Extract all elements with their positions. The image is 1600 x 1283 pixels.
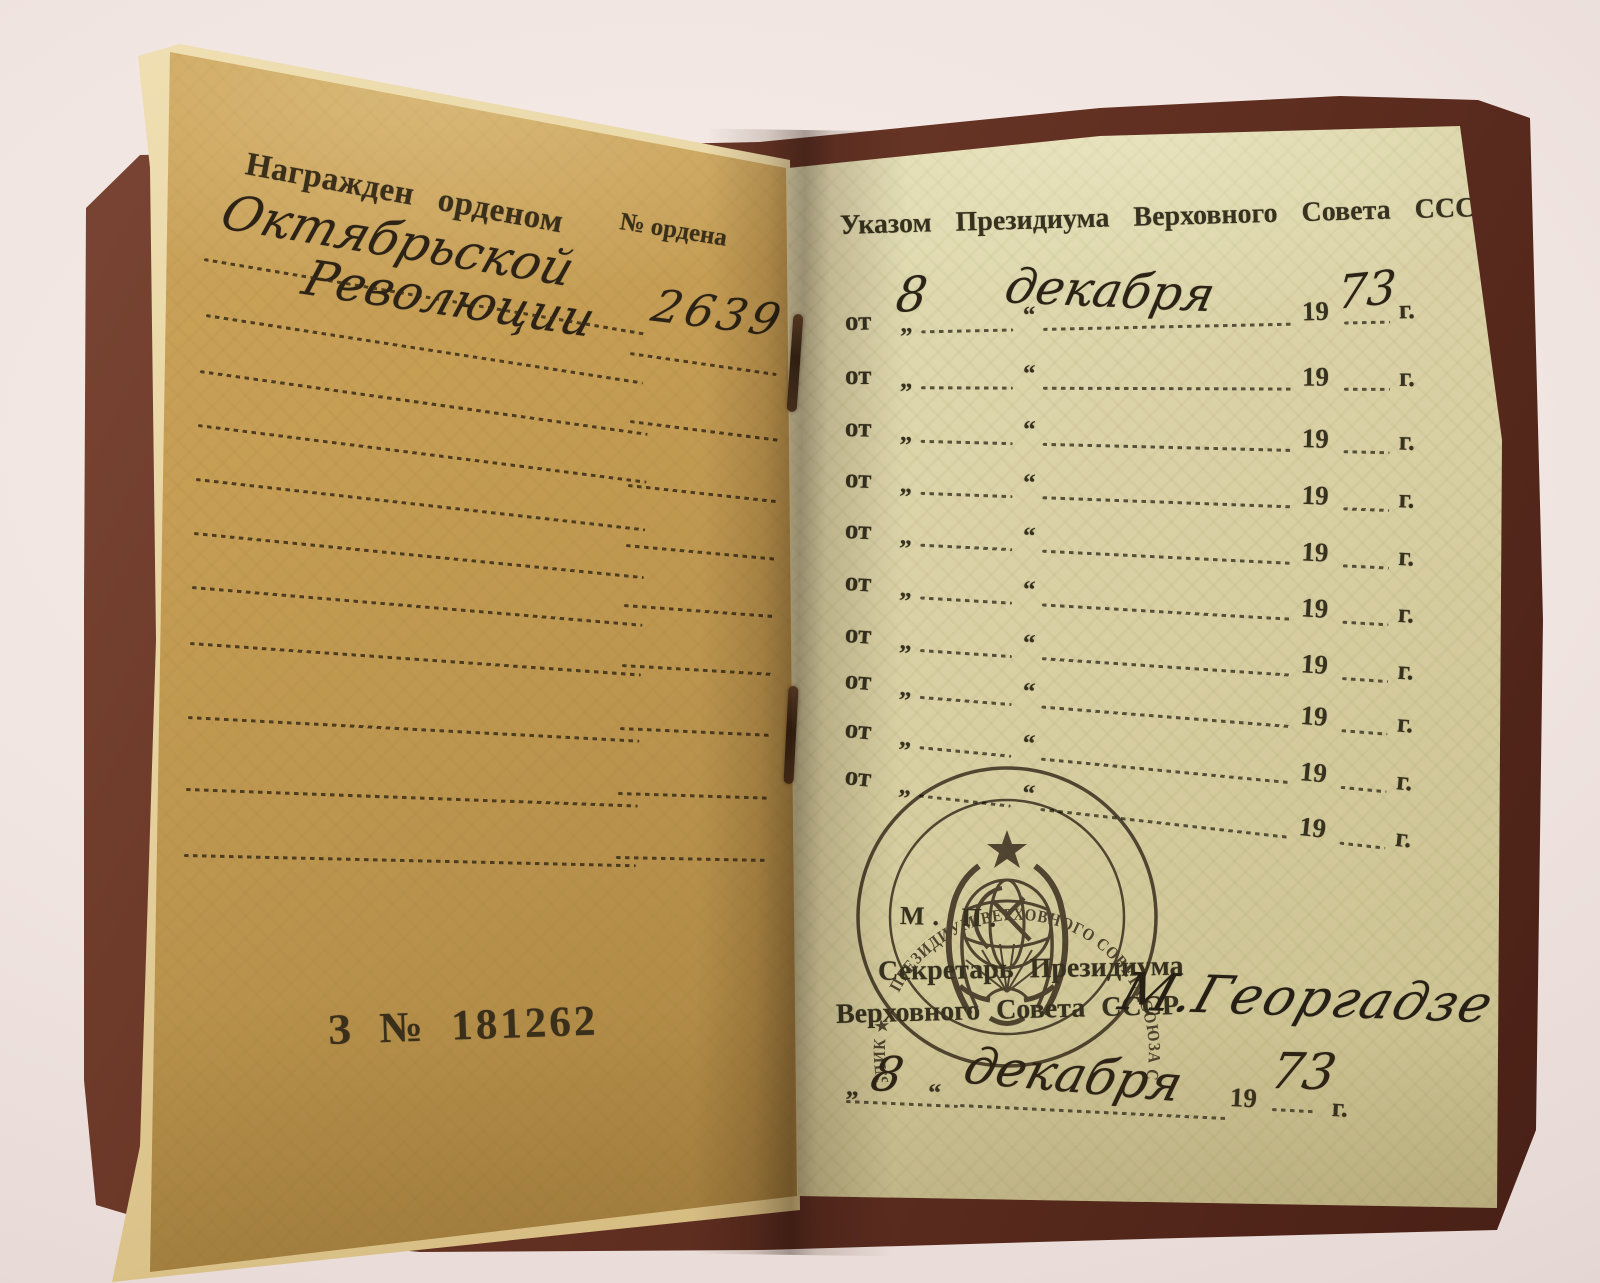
- order-name-dotted-line: [196, 478, 646, 531]
- row-day-dotted-line: [920, 544, 1012, 551]
- order-name-dotted-line: [194, 532, 644, 579]
- decree-row: от „ “ 19 г.: [844, 512, 1451, 578]
- row-year-prefix: 19: [1300, 648, 1329, 681]
- row-year-dotted-line: [1341, 786, 1387, 793]
- row-day-dotted-line: [920, 596, 1012, 604]
- decree-row: от „ “ 19 г.: [845, 358, 1451, 396]
- row-year-prefix: 19: [1299, 756, 1329, 789]
- row-day-dotted-line: [921, 328, 1013, 333]
- row-year-prefix: 19: [1302, 362, 1329, 393]
- handwritten-date-year: 73: [1266, 1042, 1341, 1101]
- row-year-suffix: г.: [1398, 541, 1415, 573]
- row-year-suffix: г.: [1396, 708, 1414, 740]
- row-open-quote: „: [898, 674, 913, 703]
- row-year-suffix: г.: [1395, 765, 1414, 797]
- row-month-dotted-line: [1041, 706, 1292, 729]
- row-year-dotted-line: [1343, 507, 1389, 512]
- row-month-dotted-line: [1042, 603, 1294, 621]
- row-year-dotted-line: [1341, 729, 1387, 736]
- row-month-dotted-line: [1043, 323, 1295, 331]
- row-month-dotted-line: [1043, 387, 1295, 391]
- date-year-prefix: 19: [1229, 1082, 1258, 1114]
- row-year-suffix: г.: [1398, 426, 1415, 457]
- order-name-dotted-line: [186, 788, 638, 808]
- row-day-dotted-line: [920, 696, 1012, 706]
- row-year-dotted-line: [1344, 321, 1390, 325]
- row-open-quote: „: [898, 724, 913, 753]
- row-day-dotted-line: [921, 386, 1013, 389]
- row-close-quote: “: [1022, 470, 1036, 498]
- seal-place-label: М. П.: [900, 901, 1005, 934]
- row-year-dotted-line: [1342, 677, 1388, 683]
- row-year-dotted-line: [1344, 450, 1390, 454]
- row-year-suffix: г.: [1398, 483, 1415, 515]
- row-year-suffix: г.: [1394, 822, 1413, 855]
- row-year-prefix: 19: [1301, 480, 1329, 512]
- row-day-dotted-line: [921, 440, 1013, 445]
- decree-row: от „ “ 19 г.: [844, 461, 1451, 519]
- row-year-dotted-line: [1343, 564, 1389, 569]
- row-year-prefix: 19: [1299, 700, 1328, 733]
- date-dotted-line-month: [960, 1104, 1228, 1120]
- order-name-dotted-line: [198, 424, 647, 484]
- handwritten-year-row1: 73: [1336, 259, 1398, 320]
- order-name-dotted-line: [192, 586, 643, 627]
- row-close-quote: “: [1023, 416, 1036, 444]
- order-name-dotted-line: [184, 854, 636, 867]
- row-year-prefix: 19: [1302, 296, 1330, 328]
- gutter-shadow: [692, 129, 908, 1257]
- row-year-dotted-line: [1339, 842, 1385, 850]
- decree-row: от „ “ 19 г.: [845, 410, 1452, 461]
- date-dotted-line-year: [1272, 1108, 1316, 1113]
- row-year-prefix: 19: [1301, 423, 1329, 455]
- date-year-suffix: г.: [1331, 1092, 1349, 1124]
- row-year-suffix: г.: [1399, 362, 1415, 393]
- row-year-dotted-line: [1342, 621, 1388, 627]
- order-name-dotted-line: [190, 642, 641, 677]
- order-name-dotted-line: [188, 716, 640, 743]
- row-month-dotted-line: [1042, 657, 1294, 677]
- row-day-dotted-line: [920, 649, 1012, 658]
- row-year-suffix: г.: [1397, 655, 1415, 687]
- row-close-quote: “: [1022, 678, 1037, 707]
- photo-of-award-booklet: { "left_page": { "awarded_header": "Нагр…: [0, 0, 1600, 1283]
- order-name-dotted-line: [200, 370, 648, 436]
- row-month-dotted-line: [1042, 496, 1294, 508]
- row-month-dotted-line: [1042, 550, 1294, 565]
- row-day-dotted-line: [920, 492, 1012, 498]
- row-year-prefix: 19: [1297, 811, 1327, 845]
- row-year-prefix: 19: [1300, 592, 1329, 625]
- decree-header: Указом Президиума Верховного Совета СССР: [840, 192, 1493, 242]
- row-year-suffix: г.: [1399, 294, 1416, 325]
- row-year-prefix: 19: [1301, 536, 1329, 568]
- handwritten-month-row1: декабря: [1000, 258, 1220, 323]
- row-close-quote: “: [1022, 523, 1036, 552]
- row-year-suffix: г.: [1397, 598, 1415, 630]
- row-close-quote: “: [1022, 630, 1036, 659]
- row-month-dotted-line: [1043, 443, 1295, 452]
- row-year-dotted-line: [1344, 388, 1390, 391]
- booklet-serial-number: З № 181262: [327, 997, 599, 1055]
- row-close-quote: “: [1023, 361, 1036, 389]
- row-close-quote: “: [1022, 576, 1036, 605]
